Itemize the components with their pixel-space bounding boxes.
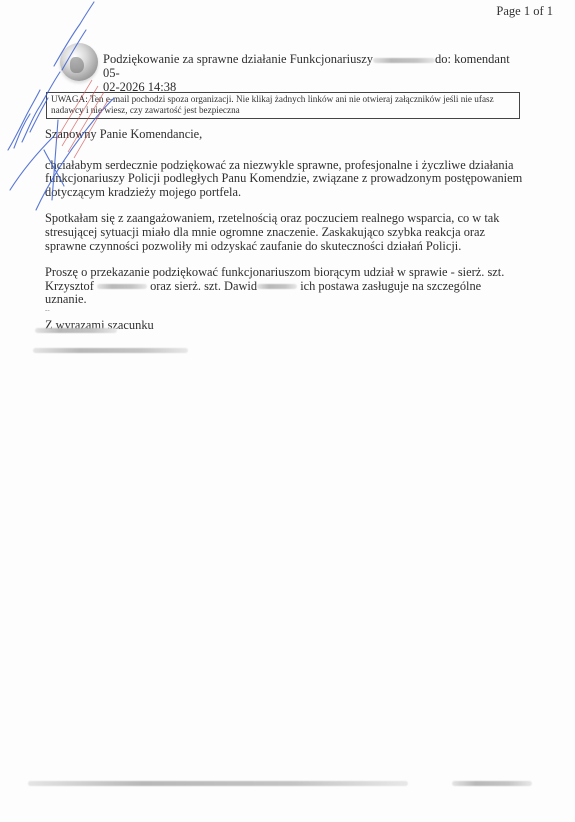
warning-line-1: UWAGA: Ten e-mail pochodzi spoza organiz… <box>51 94 515 105</box>
redacted-signature-line-1 <box>35 328 117 333</box>
letter-body: Szanowny Panie Komendancie, chciałabym s… <box>45 128 525 346</box>
redacted-name <box>373 58 435 63</box>
subject-text: Podziękowanie za sprawne działanie Funkc… <box>103 52 373 66</box>
redacted-signature-line-2 <box>33 348 188 353</box>
redacted-footer-right <box>452 781 532 786</box>
page-number: Page 1 of 1 <box>496 4 553 19</box>
redacted-surname-2 <box>257 284 297 289</box>
external-email-warning: UWAGA: Ten e-mail pochodzi spoza organiz… <box>46 92 520 119</box>
email-subject: Podziękowanie za sprawne działanie Funkc… <box>103 52 523 94</box>
officer-1-first-name: Krzysztof <box>45 279 94 293</box>
tiny-mark: -- <box>45 307 525 313</box>
paragraph-2: Spotkałam się z zaangażowaniem, rzetelno… <box>45 212 525 253</box>
globe-icon <box>60 43 98 81</box>
warning-line-2: nadawcy i nie wiesz, czy zawartość jest … <box>51 105 515 116</box>
salutation: Szanowny Panie Komendancie, <box>45 128 525 142</box>
officer-2-label: oraz sierż. szt. Dawid <box>150 279 257 293</box>
paragraph-1: chciałabym serdecznie podziękować za nie… <box>45 159 525 200</box>
paragraph-3-line-1: Proszę o przekazanie podziękować funkcjo… <box>45 265 504 279</box>
closing: Z wyrazami szacunku <box>45 319 525 333</box>
redacted-footer-left <box>28 781 408 786</box>
paragraph-3: Proszę o przekazanie podziękować funkcjo… <box>45 266 525 307</box>
paragraph-3-end: ich postawa zasługuje na szczególne uzna… <box>45 279 481 307</box>
redacted-surname-1 <box>97 284 147 289</box>
